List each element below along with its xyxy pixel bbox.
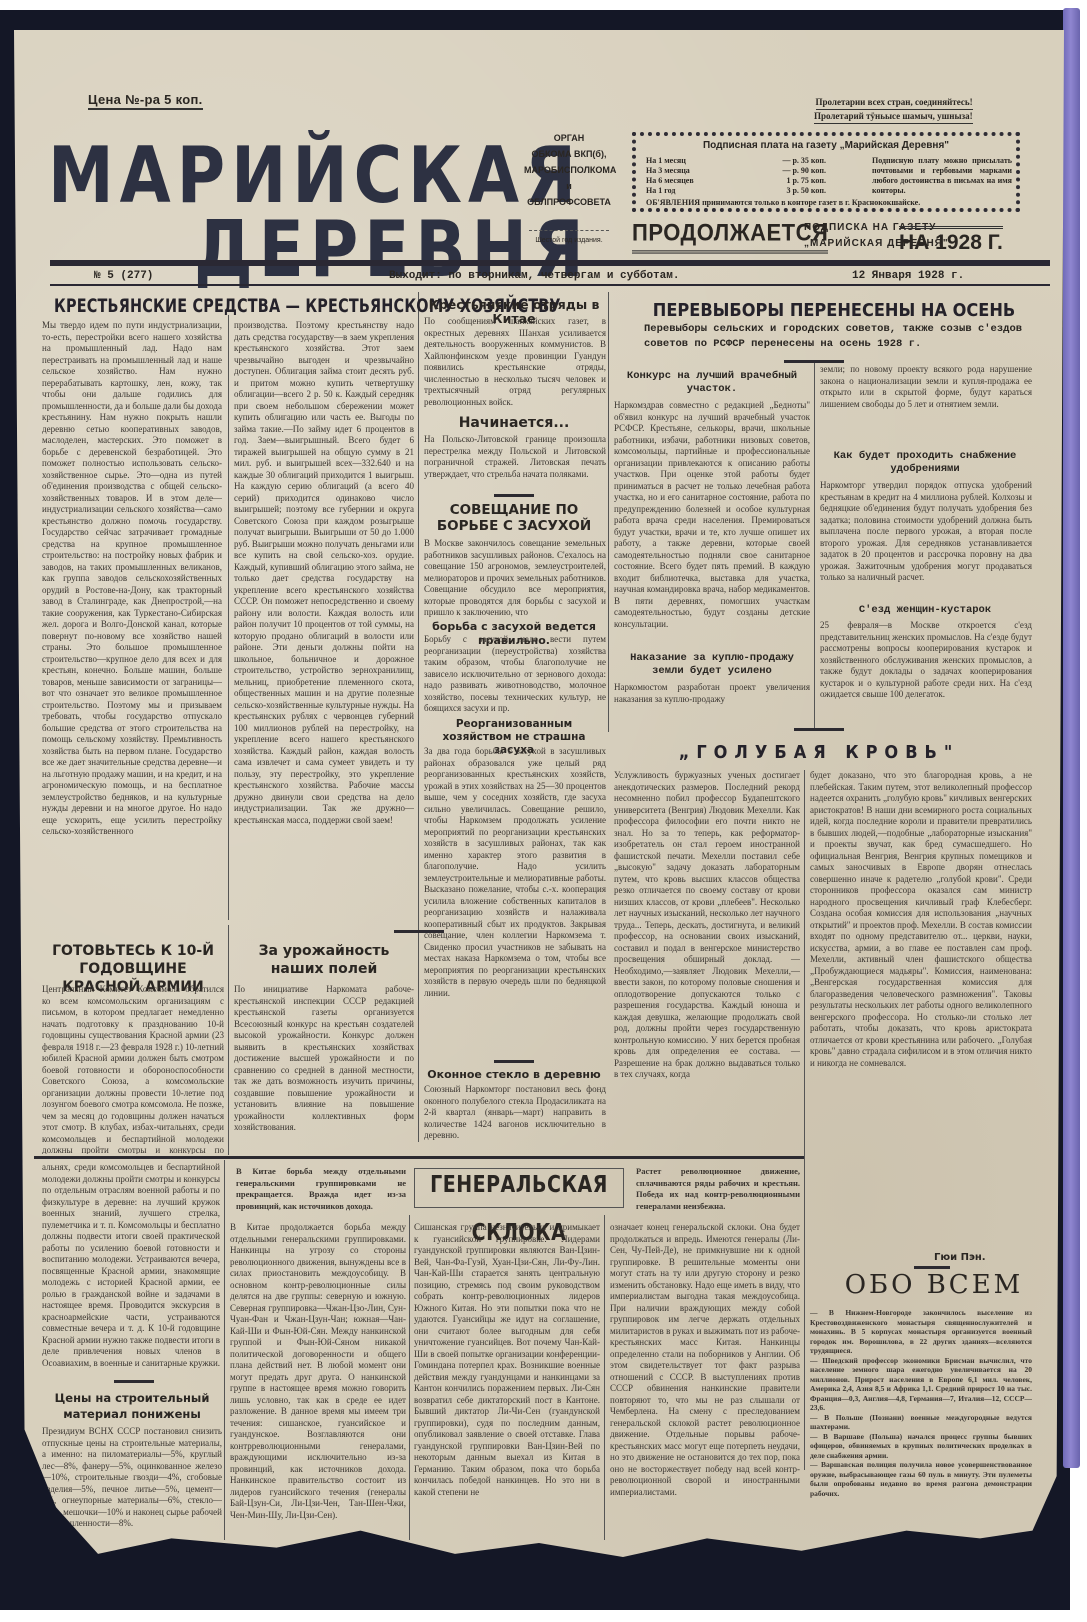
- misc-headline: ОБО ВСЕМ: [834, 1270, 1034, 1300]
- china-article: По сообщениям шанхайских газет, в окрест…: [424, 316, 606, 412]
- lead-article-col2: производства. Поэтому крестьянству надо …: [234, 320, 414, 920]
- subscription-rates: На 1 месяц— р. 35 коп. На 3 месяца— р. 9…: [646, 156, 826, 196]
- misc-item: — В Польше (Познани) военные междугородн…: [810, 1413, 1032, 1432]
- column-divider: [814, 360, 815, 730]
- publication-year: Шестой год издания.: [529, 230, 609, 246]
- glass-headline: Оконное стекло в деревню: [422, 1068, 606, 1082]
- publisher-organ: ОРГАН ОБКОМА ВКП(б), МАРОБИСПОЛКОМА и ОБ…: [524, 130, 614, 210]
- ads-notice: ОБ'ЯВЛЕНИЯ принимаются только в конторе …: [646, 198, 920, 207]
- fertilizer-article: Наркомторг утвердил порядок отпуска удоб…: [820, 480, 1032, 600]
- column-divider: [604, 1215, 605, 1540]
- contest-headline: Конкурс на лучший врачебный участок.: [612, 370, 812, 396]
- prices-article: Президиум ВСНХ СССР постановил снизить о…: [42, 1426, 222, 1532]
- misc-item: — Шведский профессор экономики Брисман в…: [810, 1356, 1032, 1413]
- misc-item: — Варшавская полиция получила новое усов…: [810, 1460, 1032, 1498]
- lead-headline: КРЕСТЬЯНСКИЕ СРЕДСТВА — КРЕСТЬЯНСКОМУ ХО…: [54, 295, 424, 317]
- column-divider: [804, 770, 805, 1470]
- separator: [114, 1380, 154, 1383]
- drought-article-3: За два года борьбы с засухой в засушливы…: [424, 746, 606, 1056]
- punishment-headline: Наказание за куплю-продажу земли будет у…: [612, 652, 812, 678]
- contest-article: Наркомздрав совместно с редакцией „Бедно…: [614, 400, 810, 648]
- drought-article-2: Борьбу с засухой надо вести путем реорга…: [424, 634, 606, 714]
- section-rule: [34, 1156, 804, 1159]
- generals-headline-box: ГЕНЕРАЛЬСКАЯ СКЛОКА: [414, 1168, 624, 1208]
- continues-word: ПРОДОЛЖАЕТСЯ: [632, 218, 828, 253]
- generals-lead-right: Растет революционное движение, сплачиваю…: [636, 1166, 800, 1214]
- lead-article-col1: Мы твердо идем по пути индустриализации,…: [42, 320, 222, 920]
- author-signature: Гюи Пэн.: [934, 1252, 986, 1263]
- misc-item: — В Варшаве (Польша) начался процесс гру…: [810, 1432, 1032, 1461]
- reelections-subhead: Перевыборы сельских и городских советов,…: [644, 322, 1034, 352]
- rate-row: На 1 год3 р. 50 коп.: [646, 186, 826, 196]
- rate-row: На 1 месяц— р. 35 коп.: [646, 156, 826, 166]
- newspaper-page: Цена №-ра 5 коп. МАРИЙСКАЯ ДЕРЕВНЯ ОРГАН…: [14, 30, 1064, 1585]
- slogan-mari: Пролетарий тӱньысе шамыч, ушныза!: [814, 110, 973, 124]
- rate-row: На 6 месяцев1 р. 75 коп.: [646, 176, 826, 186]
- column-divider: [409, 1215, 410, 1540]
- women-article: 25 февраля—в Москве откроется с'езд пред…: [820, 620, 1032, 728]
- schedule: Выходит: по вторникам, четвергам и суббо…: [389, 270, 679, 282]
- generals-col3: означает конец генеральской склоки. Она …: [610, 1222, 800, 1538]
- issue-number: № 5 (277): [94, 270, 153, 282]
- reelections-headline: ПЕРЕВЫБОРЫ ПЕРЕНЕСЕНЫ НА ОСЕНЬ: [634, 300, 1034, 321]
- misc-item: — В Нижнем-Новгороде закончилось выселен…: [810, 1308, 1032, 1356]
- glass-article: Союзный Наркомторг постановил весь фонд …: [424, 1084, 606, 1150]
- continues-year: НА 1928 Г.: [899, 226, 1003, 255]
- separator: [494, 494, 534, 497]
- separator: [914, 1266, 950, 1269]
- punishment-article-cont: земли; по новому проекту всякого рода на…: [820, 364, 1032, 446]
- rate-row: На 3 месяца— р. 90 коп.: [646, 166, 826, 176]
- misc-items: — В Нижнем-Новгороде закончилось выселен…: [810, 1308, 1032, 1518]
- slogans: Пролетарии всех стран, соединяйтесь! Про…: [814, 96, 973, 124]
- issue-date: 12 Января 1928 г.: [852, 270, 964, 282]
- separator: [494, 1060, 534, 1063]
- slogan-russian: Пролетарии всех стран, соединяйтесь!: [816, 96, 973, 110]
- blueblood-headline: „ГОЛУБАЯ КРОВЬ": [614, 742, 1024, 763]
- generals-col2: Сишанская группа незначительна и примыка…: [414, 1222, 600, 1538]
- subscription-title: Подписная плата на газету „Марийская Дер…: [644, 140, 1008, 151]
- prices-headline: Цены на строительный материал понижены: [42, 1390, 222, 1422]
- masthead-rule-thin: [50, 284, 1050, 286]
- drought-headline: СОВЕЩАНИЕ ПО БОРЬБЕ С ЗАСУХОЙ: [422, 502, 606, 534]
- punishment-article: Наркомюстом разработан проект увеличения…: [614, 682, 810, 718]
- harvest-article: По инициативе Наркомата рабоче-крестьянс…: [234, 984, 414, 1149]
- blueblood-article-col2: будет доказано, что это благородная кров…: [810, 770, 1032, 1240]
- separator: [784, 360, 844, 363]
- begins-article: На Польско-Литовской границе произошла п…: [424, 434, 606, 492]
- binder-edge: [1063, 8, 1080, 1468]
- column-divider: [228, 925, 229, 1155]
- women-headline: С'езд женщин-кустарок: [818, 604, 1032, 617]
- column-divider: [228, 315, 229, 920]
- column-divider: [418, 292, 419, 1142]
- masthead-rule: [50, 260, 1050, 266]
- blueblood-article-col1: Услужливость буржуазных ученых достигает…: [614, 770, 800, 1155]
- army-article: Центральный Комитет Комсомола обратился …: [42, 984, 224, 1154]
- column-divider: [608, 292, 609, 732]
- army-article-cont: альнях, среди комсомольцев и беспартийно…: [42, 1162, 220, 1378]
- separator: [394, 930, 444, 933]
- subscription-box: Подписная плата на газету „Марийская Дер…: [632, 132, 1020, 212]
- begins-headline: Начинается...: [422, 416, 606, 430]
- drought-article: В Москве закончилось совещание земельных…: [424, 538, 606, 618]
- separator: [794, 728, 844, 731]
- subscription-note: Подписную плату можно присылать почтовым…: [872, 156, 1012, 196]
- fertilizer-headline: Как будет проходить снабжение удобрениям…: [818, 450, 1032, 476]
- column-divider: [224, 1160, 225, 1540]
- generals-lead-left: В Китае борьба между отдельными генераль…: [236, 1166, 406, 1214]
- issue-price: Цена №-ра 5 коп.: [88, 92, 203, 110]
- generals-col1: В Китае продолжается борьба между отдель…: [230, 1222, 406, 1538]
- harvest-headline: За урожайность наших полей: [234, 942, 414, 978]
